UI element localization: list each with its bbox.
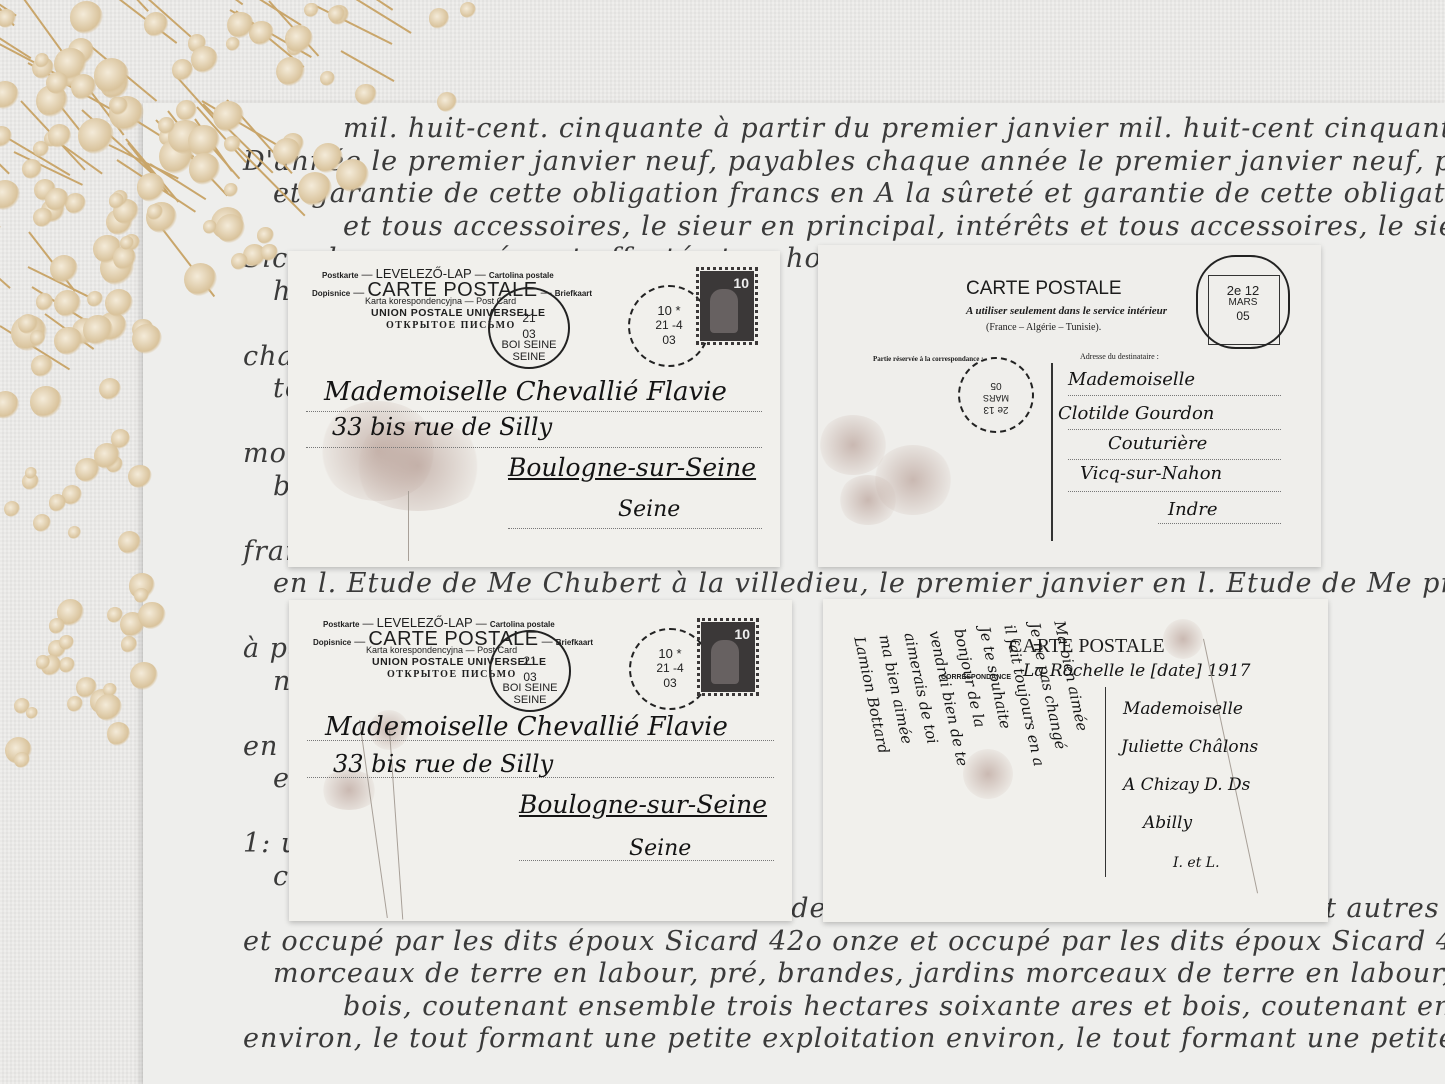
postmark-left: 21 03 BOI SEINE SEINE xyxy=(489,630,571,712)
postmark-middle: 2e 13 MARS 05 xyxy=(958,357,1034,433)
address-line-1: Mademoiselle xyxy=(1123,699,1243,719)
letter-line: et garantie de cette obligation francs e… xyxy=(273,178,1445,209)
postmark-right: 10 * 21 -4 03 xyxy=(628,285,710,367)
address-line-2: Clotilde Gourdon xyxy=(1058,403,1214,424)
header-pl: Karta korespondencyjna xyxy=(366,645,463,655)
postcard-top-right: CARTE POSTALE A utiliser seulement dans … xyxy=(818,245,1321,567)
card-countries: (France – Algérie – Tunisie). xyxy=(986,322,1101,333)
header-pl: Karta korespondencyjna xyxy=(365,296,462,306)
postcard-top-left: Postkarte — LEVELEZŐ-LAP — Cartolina pos… xyxy=(288,251,780,567)
address-line-4: Abilly xyxy=(1143,813,1192,833)
divider-line xyxy=(1105,687,1106,877)
address-line-1: Mademoiselle Chevallié Flavie xyxy=(324,377,727,407)
address-line-1: Mademoiselle Chevallié Flavie xyxy=(325,712,728,742)
card-title: CARTE POSTALE xyxy=(966,278,1122,300)
letter-line: bois, coutenant ensemble trois hectares … xyxy=(343,991,1445,1022)
postcard-bottom-right: CARTE POSTALE CORRESPONDANCE La Rochelle… xyxy=(823,599,1328,922)
address-line-5: I. et L. xyxy=(1173,855,1220,871)
letter-line: et tous accessoires, le sieur en princip… xyxy=(343,211,1445,242)
address-line-4: Vicq-sur-Nahon xyxy=(1080,463,1222,484)
address-line-5: Indre xyxy=(1168,499,1217,520)
letter-line: en l. Etude de Me Chubert à la villedieu… xyxy=(273,568,1445,599)
address-line-1: Mademoiselle xyxy=(1068,369,1195,390)
address-line-3: Boulogne-sur-Seine xyxy=(519,790,767,819)
letter-line: D'année le premier janvier neuf, payable… xyxy=(243,146,1445,177)
header-cz: Dopisnice xyxy=(313,638,351,647)
letter-line: mil. huit-cent. cinquante à partir du pr… xyxy=(343,113,1445,144)
postmark-right: 10 * 21 -4 03 xyxy=(629,628,711,710)
letter-line: et occupé par les dits époux Sicard 42o … xyxy=(243,926,1445,957)
address-line-2: Juliette Châlons xyxy=(1121,737,1258,757)
postmark-left: 21 03 BOI SEINE SEINE xyxy=(488,287,570,369)
address-line-4: Seine xyxy=(629,836,691,861)
address-line-2: 33 bis rue de Silly xyxy=(332,413,552,441)
address-line-3: Boulogne-sur-Seine xyxy=(508,453,756,482)
address-line-3: A Chizay D. Ds xyxy=(1123,775,1250,795)
address-line-4: Seine xyxy=(618,497,680,522)
header-nl: Briefkaart xyxy=(555,289,592,298)
letter-line: morceaux de terre en labour, pré, brande… xyxy=(273,958,1445,989)
letter-line: environ, le tout formant une petite expl… xyxy=(243,1023,1445,1054)
header-cz: Dopisnice xyxy=(312,289,350,298)
postage-stamp: 10 xyxy=(700,271,754,341)
divider-line xyxy=(1051,363,1053,541)
card-subtitle: A utiliser seulement dans le service int… xyxy=(966,305,1167,317)
address-line-2: 33 bis rue de Silly xyxy=(333,750,553,778)
pressed-bellflower xyxy=(963,749,1013,799)
correspondence-label: Partie réservée à la correspondance : xyxy=(873,355,983,363)
recipient-label: Adresse du destinataire : xyxy=(1080,352,1159,361)
postage-stamp: 10 xyxy=(701,622,755,692)
postmark-corner: 2e 12 MARS 05 xyxy=(1196,255,1290,349)
address-line-3: Couturière xyxy=(1108,433,1207,454)
postcard-bottom-left: Postkarte — LEVELEZŐ-LAP — Cartolina pos… xyxy=(289,600,792,921)
